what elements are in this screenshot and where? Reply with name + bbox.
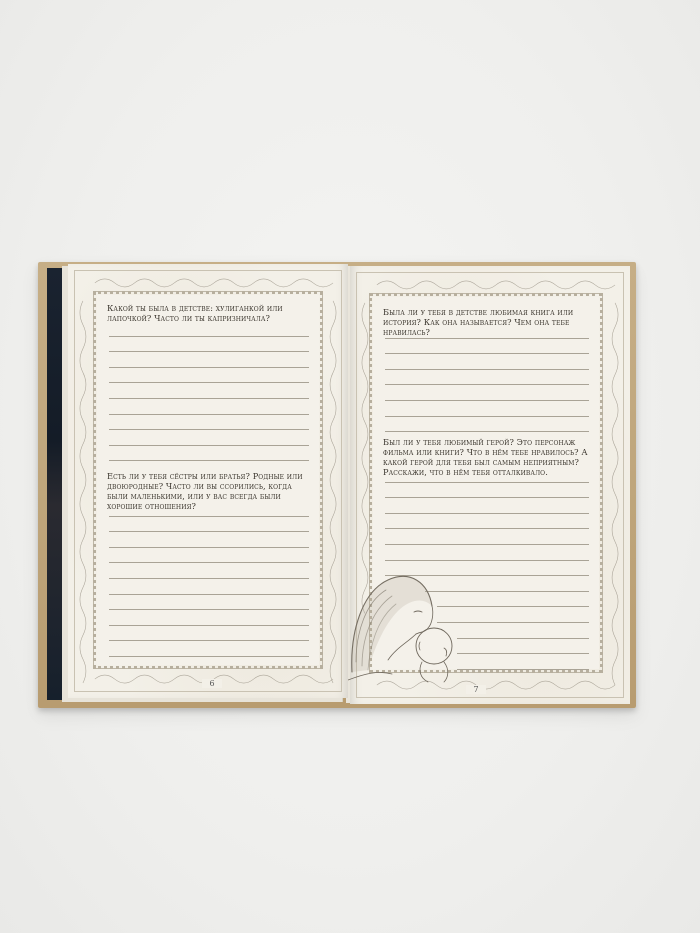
writing-line[interactable] [109, 548, 309, 564]
writing-line[interactable] [109, 415, 309, 431]
writing-line[interactable] [385, 498, 589, 514]
open-journal: Какой ты была в детстве: хулиганкой или … [0, 0, 700, 933]
writing-line[interactable] [385, 401, 589, 417]
writing-line[interactable] [109, 446, 309, 462]
writing-line[interactable] [109, 383, 309, 399]
writing-line[interactable] [385, 514, 589, 530]
writing-line[interactable] [109, 595, 309, 611]
mother-and-baby-sketch-icon [348, 562, 458, 684]
writing-line[interactable] [437, 592, 589, 608]
writing-line[interactable] [109, 430, 309, 446]
question-text: Какой ты была в детстве: хулиганкой или … [107, 303, 309, 323]
writing-line[interactable] [385, 370, 589, 386]
writing-line[interactable] [109, 517, 309, 533]
writing-line[interactable] [385, 354, 589, 370]
writing-lines [109, 321, 309, 461]
writing-line[interactable] [109, 626, 309, 642]
writing-line[interactable] [109, 321, 309, 337]
writing-line[interactable] [385, 545, 589, 561]
writing-line[interactable] [457, 623, 589, 639]
writing-lines [109, 501, 309, 657]
right-page: Была ли у тебя в детстве любимая книга и… [350, 266, 630, 704]
writing-line[interactable] [437, 607, 589, 623]
page-number: 6 [202, 679, 222, 688]
writing-line[interactable] [109, 399, 309, 415]
left-page: Какой ты была в детстве: хулиганкой или … [68, 264, 348, 698]
writing-line[interactable] [385, 385, 589, 401]
writing-line[interactable] [457, 639, 589, 655]
writing-line[interactable] [109, 579, 309, 595]
writing-line[interactable] [109, 368, 309, 384]
writing-line[interactable] [385, 467, 589, 483]
writing-line[interactable] [109, 352, 309, 368]
writing-line[interactable] [109, 501, 309, 517]
writing-line[interactable] [385, 339, 589, 355]
writing-line[interactable] [457, 654, 589, 670]
writing-line[interactable] [109, 563, 309, 579]
writing-line[interactable] [385, 323, 589, 339]
writing-line[interactable] [109, 610, 309, 626]
writing-line[interactable] [109, 337, 309, 353]
page-number: 7 [466, 685, 486, 694]
writing-box: Какой ты была в детстве: хулиганкой или … [94, 292, 322, 668]
writing-lines [385, 323, 589, 432]
writing-line[interactable] [385, 417, 589, 433]
writing-line[interactable] [109, 641, 309, 657]
writing-line[interactable] [109, 532, 309, 548]
writing-line[interactable] [385, 529, 589, 545]
writing-line[interactable] [385, 483, 589, 499]
